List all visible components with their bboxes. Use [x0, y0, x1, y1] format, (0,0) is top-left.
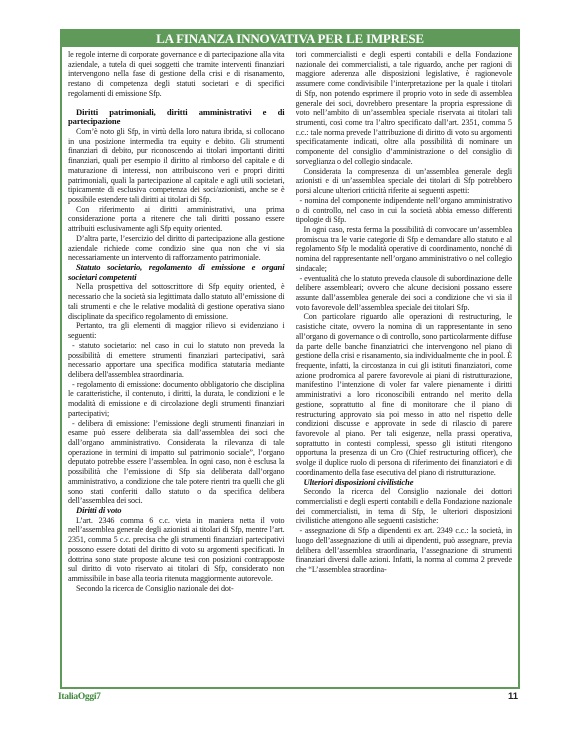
subheading: Diritti di voto [68, 506, 285, 516]
paragraph: le regole interne di corporate governanc… [68, 50, 285, 99]
subheading: Ulteriori disposizioni civilistiche [296, 478, 513, 488]
paragraph: tori commercialisti e degli esperti cont… [296, 50, 513, 167]
list-item: - delibera di emissione: l’emissione deg… [68, 419, 285, 506]
list-item: - statuto societario: nel caso in cui lo… [68, 341, 285, 380]
left-column: le regole interne di corporate governanc… [68, 50, 285, 684]
subheading: Statuto societario, regolamento di emiss… [68, 263, 285, 282]
publication-logo: ItaliaOggi7 [58, 692, 101, 702]
article-frame: LA FINANZA INNOVATIVA PER LE IMPRESE le … [60, 29, 520, 689]
list-item: - assegnazione di Sfp a dipendenti ex ar… [296, 526, 513, 575]
list-item: - eventualità che lo statuto preveda cla… [296, 274, 513, 313]
right-column: tori commercialisti e degli esperti cont… [296, 50, 513, 684]
paragraph: Con particolare riguardo alle operazioni… [296, 312, 513, 477]
paragraph: In ogni caso, resta ferma la possibilità… [296, 225, 513, 274]
paragraph: L’art. 2346 comma 6 c.c. vieta in manier… [68, 516, 285, 584]
list-item: - regolamento di emissione: documento ob… [68, 380, 285, 419]
article-body: le regole interne di corporate governanc… [68, 50, 512, 684]
page-number: 11 [508, 691, 518, 702]
magazine-page: LA FINANZA INNOVATIVA PER LE IMPRESE le … [0, 0, 580, 751]
paragraph: Com’è noto gli Sfp, in virtù della loro … [68, 127, 285, 205]
paragraph: D’altra parte, l’esercizio del diritto d… [68, 234, 285, 263]
paragraph: Nella prospettiva del sottoscrittore di … [68, 282, 285, 321]
subheading: Diritti patrimoniali, diritti amministra… [68, 108, 285, 127]
paragraph: Con riferimento ai diritti amministrativ… [68, 205, 285, 234]
paragraph: Secondo la ricerca de Consiglio nazional… [68, 584, 285, 594]
list-item: - nomina del componente indipendente nel… [296, 196, 513, 225]
paragraph: Pertanto, tra gli elementi di maggior ri… [68, 321, 285, 340]
section-header: LA FINANZA INNOVATIVA PER LE IMPRESE [62, 31, 518, 47]
paragraph: Secondo la ricerca del Consiglio naziona… [296, 487, 513, 526]
paragraph: Considerata la compresenza di un’assembl… [296, 167, 513, 196]
